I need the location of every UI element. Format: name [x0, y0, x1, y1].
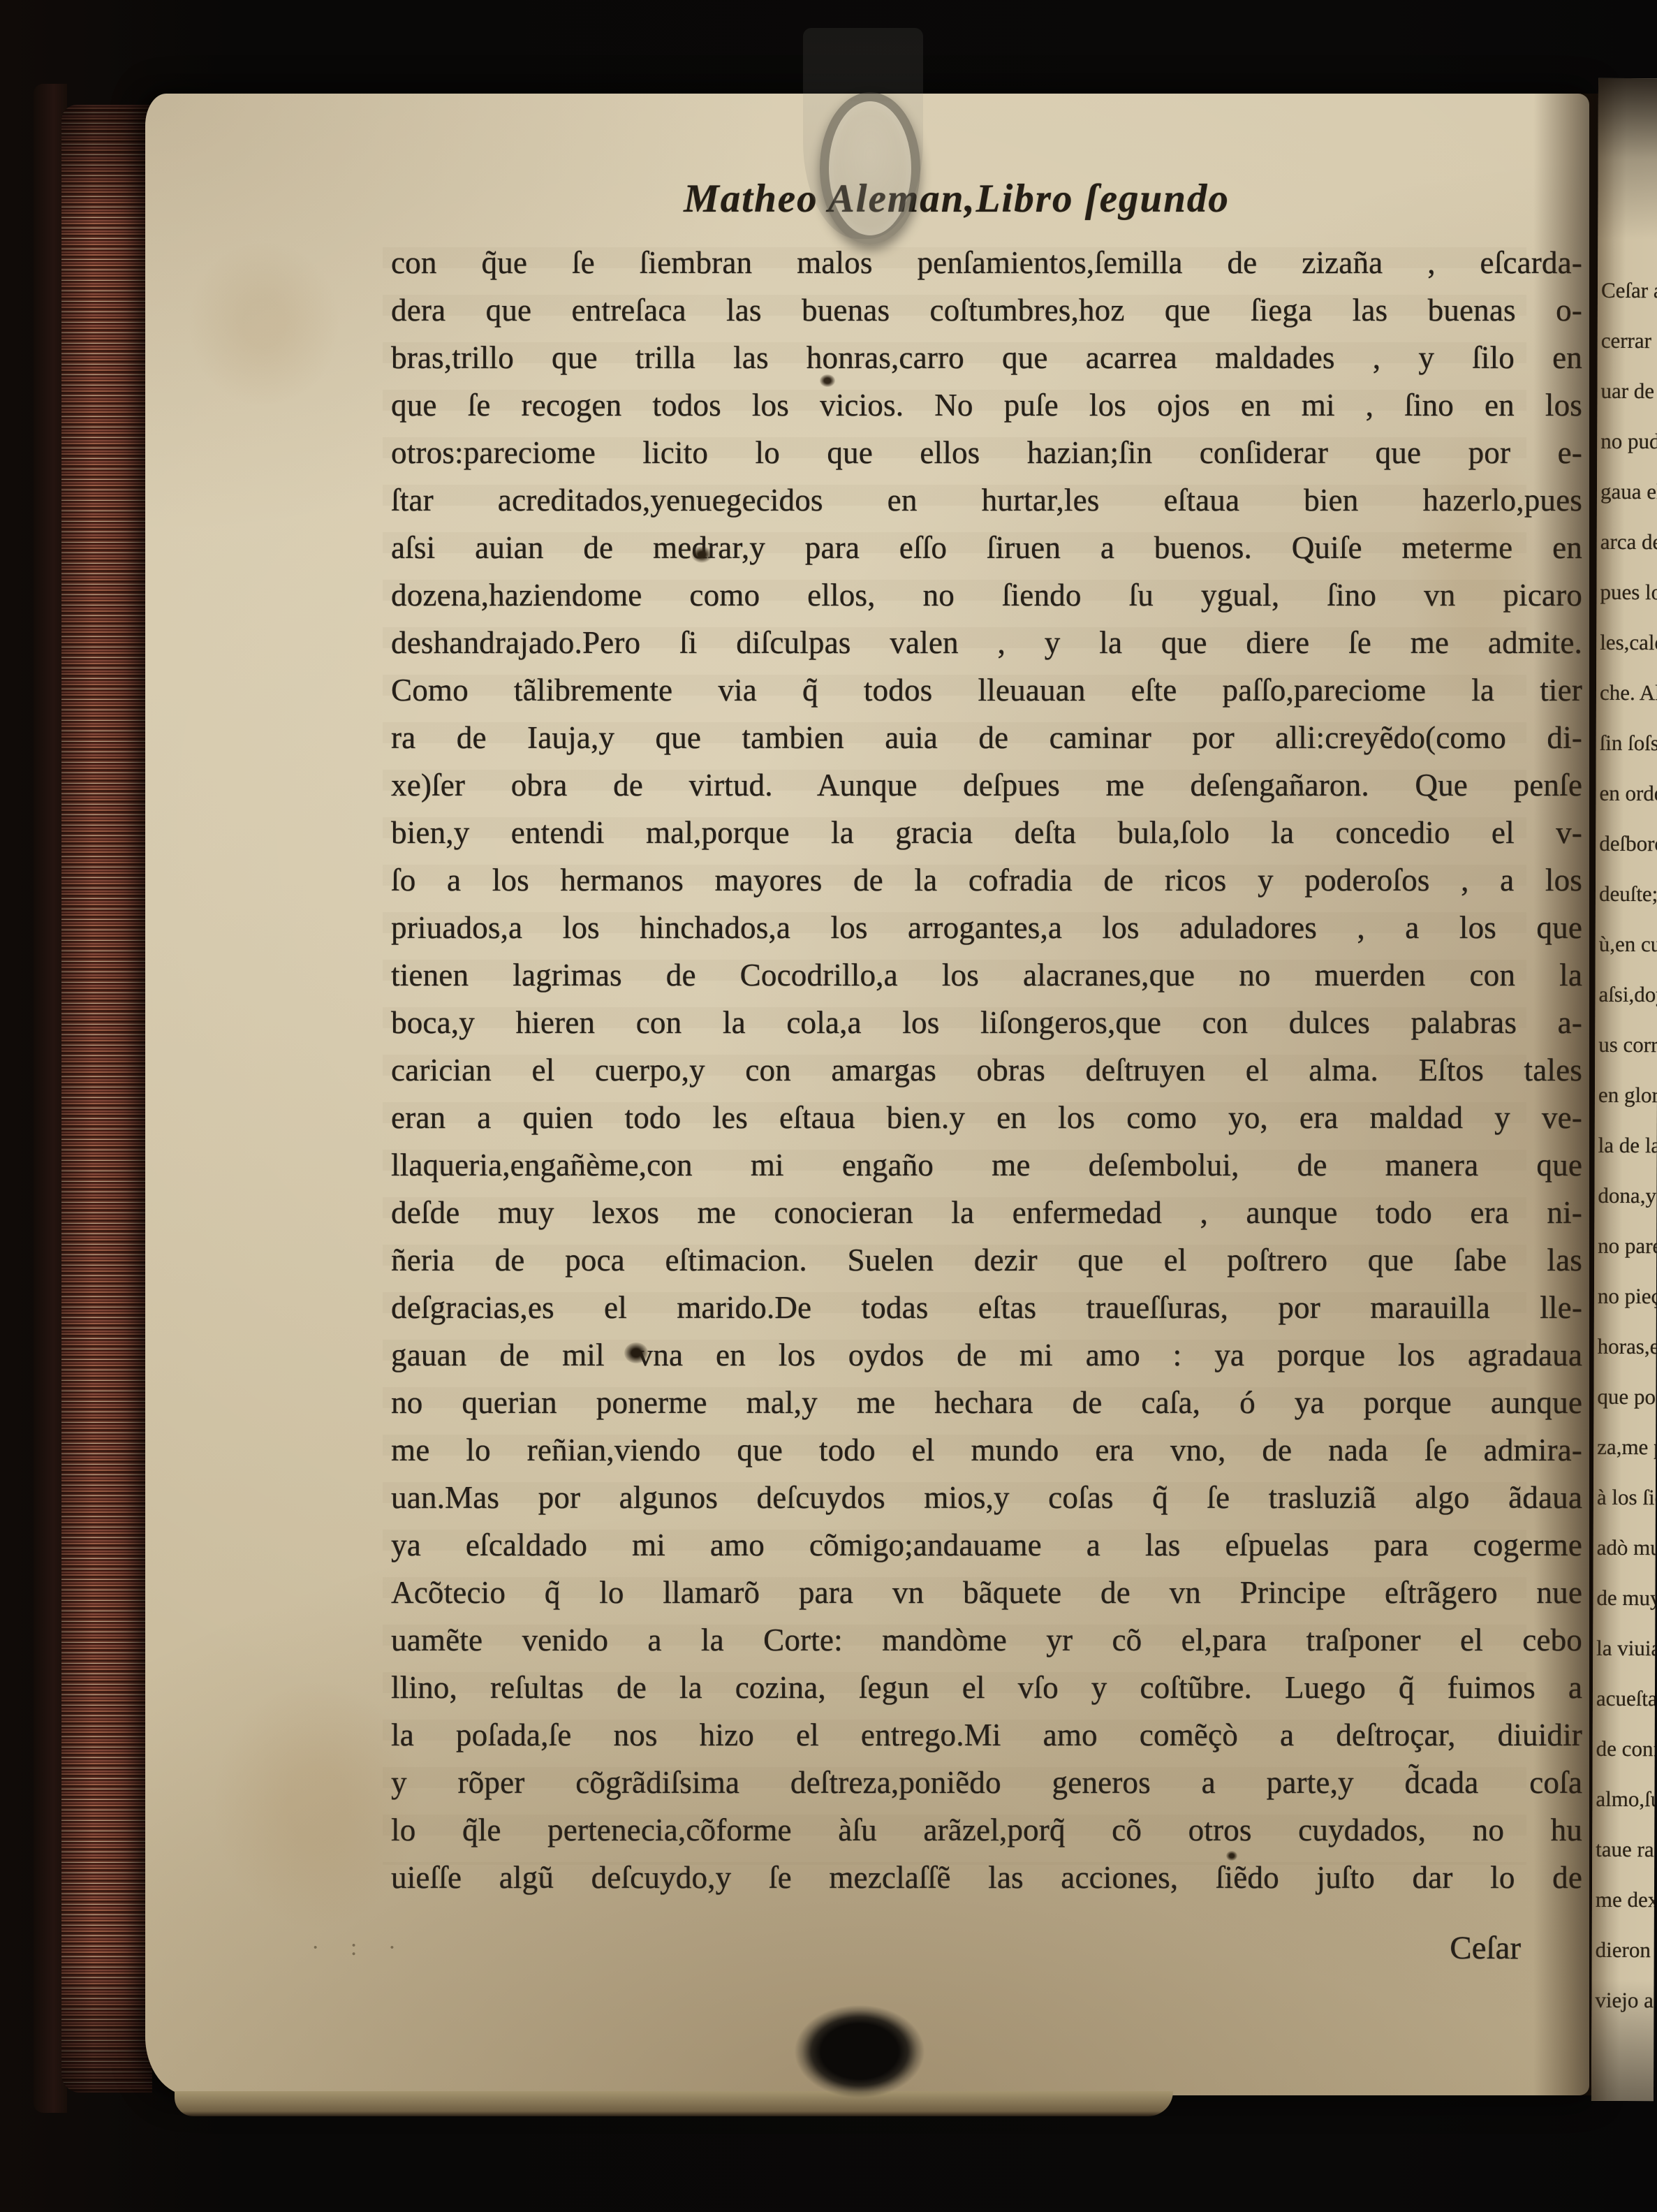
marginalia-fragment: no pieças de te	[1598, 1271, 1657, 1322]
marginalia-fragment: cerrar de l	[1601, 316, 1657, 367]
under-page-edge	[175, 2091, 1173, 2116]
text-line: la poſada,ſe nos hizo el entrego.Mi amo …	[391, 1711, 1582, 1759]
catchword: Ceſar	[391, 1929, 1521, 1967]
text-line: ñeria de poca eſtimacion. Suelen dezir q…	[391, 1236, 1582, 1284]
text-line: me lo reñian,viendo que todo el mundo er…	[391, 1426, 1582, 1474]
marginalia-fragment: adò muy bie	[1597, 1523, 1657, 1574]
text-line: deshandrajado.Pero ſi diſculpas valen , …	[391, 619, 1582, 666]
marginalia-fragment: uar de mae	[1600, 366, 1657, 417]
text-line: ra de Iauja,y que tambien auia de camina…	[391, 714, 1582, 761]
marginalia-fragment: ſin ſoſsiego,	[1600, 718, 1657, 769]
stray-ink-dots: · : ·	[311, 1935, 409, 1956]
marginalia-fragment: arca de No	[1600, 517, 1657, 568]
marginalia-fragment: de muy bien,	[1596, 1573, 1657, 1624]
marginalia-fragment: us corredore	[1598, 1020, 1657, 1071]
text-line: y rõper cõgrãdiſsima deſtreza,poniẽdo ge…	[391, 1759, 1582, 1806]
marginalia-fragment: dieron el, y cã	[1596, 1925, 1657, 1976]
marginalia-fragment: che. Al buen	[1600, 668, 1657, 719]
marginalia-fragment: me dexè yr a	[1596, 1875, 1657, 1926]
marginalia-fragment: taue raſcan	[1596, 1824, 1657, 1875]
text-line: tienen lagrimas de Cocodrillo,a los alac…	[391, 951, 1582, 999]
marginalia-fragment: acueſtas,y ſ	[1596, 1673, 1657, 1724]
marginalia-fragment: en orden tan	[1599, 768, 1657, 819]
paper-stain	[187, 240, 341, 408]
marginalia-fragment: za,me parecio	[1597, 1422, 1657, 1473]
text-line: Como tãlibremente via q̃ todos lleuauan …	[391, 666, 1582, 714]
marginalia-fragment: no pudiera	[1600, 416, 1657, 467]
text-line: priuados,a los hinchados,a los arrogante…	[391, 904, 1582, 951]
marginalia-fragment: deſboroto	[1599, 819, 1657, 870]
text-line: uan.Mas por algunos deſcuydos mios,y coſ…	[391, 1474, 1582, 1521]
text-line: dozena,haziendome como ellos, no ſiendo …	[391, 571, 1582, 619]
text-line: llaqueria,engañème,con mi engaño me deſe…	[391, 1141, 1582, 1189]
text-line: otros:pareciome licito lo que ellos hazi…	[391, 429, 1582, 476]
marginalia-fragment: deuſte;abre l	[1599, 869, 1657, 920]
marginalia-fragment: à los ſiete Inf	[1597, 1472, 1657, 1523]
marginalia-fragment: pues los cric	[1600, 567, 1657, 618]
marginalia-fragment: viejo a le	[1595, 1975, 1657, 2026]
text-line: eran a quien todo les eſtaua bien.y en l…	[391, 1094, 1582, 1141]
text-line: carician el cuerpo,y con amargas obras d…	[391, 1046, 1582, 1094]
marginalia-fragment: dona,y ganſo	[1598, 1171, 1657, 1222]
book-page: Matheo Aleman,Libro ſegundo con q̃ue ſe …	[145, 94, 1589, 2095]
marginalia-fragment: Ceſar a C	[1601, 265, 1657, 316]
marginalia-fragment: en gloria de v	[1598, 1070, 1657, 1121]
scanner-strap	[803, 28, 923, 239]
text-line: deſde muy lexos me conocieran la enferme…	[391, 1189, 1582, 1236]
marginalia-fragment: no parecian ſa	[1598, 1221, 1657, 1272]
page-stack-fore-edge	[61, 105, 152, 2093]
text-line: ſo a los hermanos mayores de la cofradia…	[391, 856, 1582, 904]
text-line: no querian ponerme mal,y me hechara de c…	[391, 1379, 1582, 1426]
text-line: dera que entreſaca las buenas coſtumbres…	[391, 286, 1582, 334]
marginalia-fragment: horas,entapiz	[1598, 1321, 1657, 1372]
text-line: xe)ſer obra de virtud. Aunque deſpues me…	[391, 761, 1582, 809]
body-text: con q̃ue ſe ſiembran malos penſamientos,…	[391, 239, 1582, 1901]
facing-page-edge: Ceſar a Ccerrar de luar de maeno pudiera…	[1591, 78, 1657, 2101]
strap-ring-icon	[820, 92, 920, 244]
text-line: bien,y entendi mal,porque la gracia deſt…	[391, 809, 1582, 856]
facing-page-marginalia: Ceſar a Ccerrar de luar de maeno pudiera…	[1595, 265, 1657, 2026]
text-line: Acõtecio q̃ lo llamarõ para vn bãquete d…	[391, 1569, 1582, 1616]
text-line: ya eſcaldado mi amo cõmigo;andauame a la…	[391, 1521, 1582, 1569]
text-line: lo q̃le pertenecia,cõforme àſu arãzel,po…	[391, 1806, 1582, 1854]
marginalia-fragment: les,calentar	[1600, 617, 1657, 668]
text-line: deſgracias,es el marido.De todas eſtas t…	[391, 1284, 1582, 1331]
text-line: llino, reſultas de la cozina, ſegun el v…	[391, 1664, 1582, 1711]
marginalia-fragment: de conform	[1596, 1724, 1657, 1775]
paper-stain	[212, 1679, 422, 1931]
text-line: ſtar acreditados,yenuegecidos en hurtar,…	[391, 476, 1582, 524]
marginalia-fragment: ù,en cuenta	[1599, 919, 1657, 970]
text-line: bras,trillo que trilla las honras,carro …	[391, 334, 1582, 381]
text-line: con q̃ue ſe ſiembran malos penſamientos,…	[391, 239, 1582, 286]
marginalia-fragment: que pos,de m	[1597, 1372, 1657, 1423]
text-line: aſsi auian de medrar,y para eſſo ſiruen …	[391, 524, 1582, 571]
text-line: que ſe recogen todos los vicios. No puſe…	[391, 381, 1582, 429]
marginalia-fragment: almo,ſubime	[1596, 1774, 1657, 1825]
text-line: boca,y hieren con la cola,a los liſonger…	[391, 999, 1582, 1046]
text-line: uieſſe algũ deſcuydo,y ſe mezclaſſẽ las …	[391, 1854, 1582, 1901]
cradle-hole	[782, 1996, 937, 2107]
running-header: Matheo Aleman,Libro ſegundo	[363, 176, 1550, 221]
book-photograph: Matheo Aleman,Libro ſegundo con q̃ue ſe …	[0, 0, 1657, 2212]
marginalia-fragment: gaua el reſu	[1600, 467, 1657, 518]
marginalia-fragment: aſsi,doy a m	[1598, 969, 1657, 1020]
text-line: uamẽte venido a la Corte: mandòme yr cõ …	[391, 1616, 1582, 1664]
marginalia-fragment: la viuia en v	[1596, 1623, 1657, 1674]
text-line: gauan de mil vna en los oydos de mi amo …	[391, 1331, 1582, 1379]
marginalia-fragment: la de la galli	[1598, 1120, 1657, 1171]
